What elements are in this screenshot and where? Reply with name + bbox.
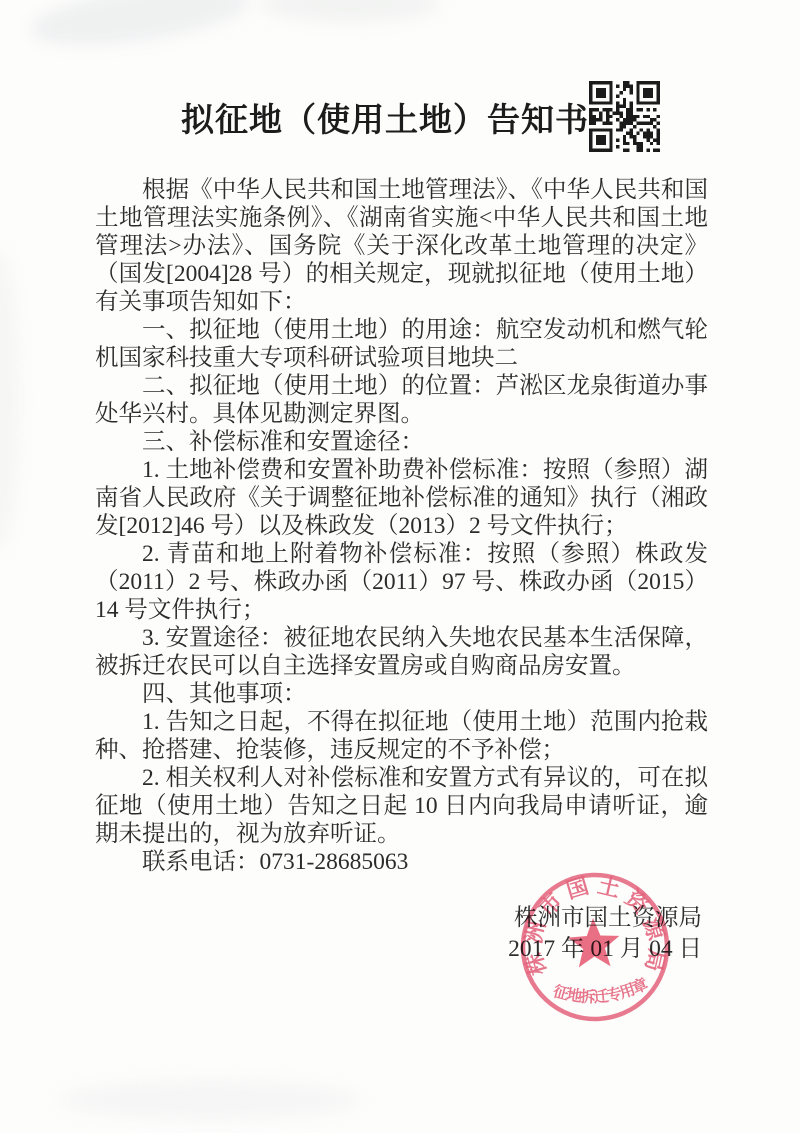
- scan-smudge: [260, 0, 440, 22]
- scan-smudge: [60, 1080, 360, 1120]
- qr-code-icon: [589, 81, 660, 152]
- body-paragraph: 一、拟征地（使用土地）的用途：航空发动机和燃气轮机国家科技重大专项科研试验项目地…: [95, 316, 708, 372]
- document-body: 根据《中华人民共和国土地管理法》、《中华人民共和国土地管理法实施条例》、《湖南省…: [95, 176, 708, 876]
- seal-bottom-text-holder: 征地拆迁专用章: [550, 973, 651, 1007]
- body-paragraph: 根据《中华人民共和国土地管理法》、《中华人民共和国土地管理法实施条例》、《湖南省…: [95, 176, 708, 316]
- body-paragraph: 三、补偿标准和安置途径：: [95, 428, 708, 456]
- seal-star-icon: [567, 917, 620, 968]
- body-paragraph: 2. 相关权利人对补偿标准和安置方式有异议的，可在拟征地（使用土地）告知之日起 …: [95, 764, 708, 848]
- body-paragraph: 1. 土地补偿费和安置补助费补偿标准：按照（参照）湖南省人民政府《关于调整征地补…: [95, 456, 708, 540]
- scan-smudge: [0, 250, 20, 550]
- body-paragraph: 四、其他事项：: [95, 680, 708, 708]
- body-paragraph: 2. 青苗和地上附着物补偿标准：按照（参照）株政发（2011）2 号、株政办函（…: [95, 540, 708, 624]
- body-paragraph: 二、拟征地（使用土地）的位置：芦淞区龙泉街道办事处华兴村。具体见勘测定界图。: [95, 372, 708, 428]
- scanned-document-page: 拟征地（使用土地）告知书 根据《中华人民共和国土地管理法》、《中华人民共和国土地…: [0, 0, 800, 1133]
- body-paragraph: 3. 安置途径：被征地农民纳入失地农民基本生活保障，被拆迁农民可以自主选择安置房…: [95, 624, 708, 680]
- official-seal: 株洲市国土资源局 征地拆迁专用章: [506, 858, 684, 1036]
- seal-bottom-text: 征地拆迁专用章: [550, 973, 651, 1007]
- scan-smudge: [28, 0, 253, 55]
- body-paragraph: 1. 告知之日起，不得在拟征地（使用土地）范围内抢栽种、抢搭建、抢装修，违反规定…: [95, 708, 708, 764]
